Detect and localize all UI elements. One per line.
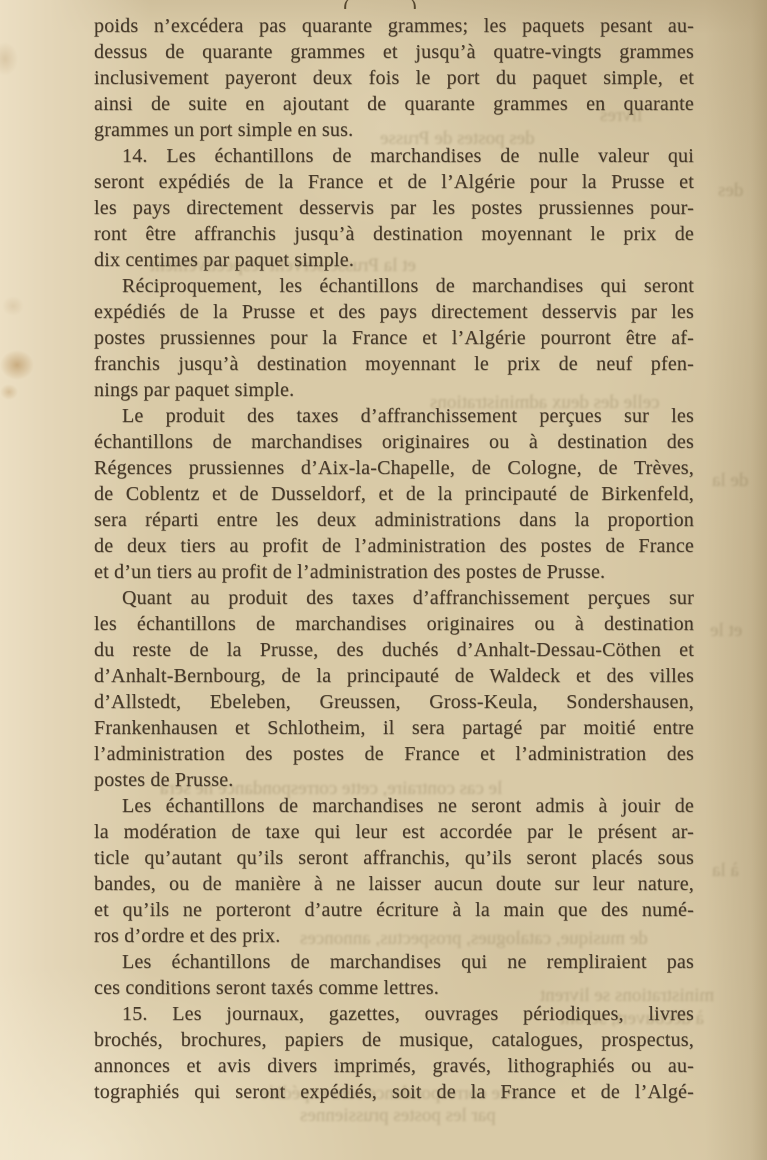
page-number-text: ( … )	[343, 0, 424, 9]
bleedthrough-fragment: des	[718, 180, 743, 202]
text-line: d’Anhalt-Bernbourg, de la principauté de…	[94, 663, 694, 689]
text-line: postes de Prusse.	[94, 767, 694, 793]
text-line: échantillons de marchandises originaires…	[94, 429, 694, 455]
text-line: et qu’ils ne porteront d’autre écriture …	[94, 897, 694, 923]
text-line: du reste de la Prusse, des duchés d’Anha…	[94, 637, 694, 663]
text-line: d’Allstedt, Ebeleben, Greussen, Gross-Ke…	[94, 689, 694, 715]
text-line: Quant au produit des taxes d’affranchiss…	[94, 585, 694, 611]
bleedthrough-fragment: à la	[712, 860, 739, 882]
text-line: les pays directement desservis par les p…	[94, 195, 694, 221]
text-line: Les échantillons de marchandises ne sero…	[94, 793, 694, 819]
text-line: la modération de taxe qui leur est accor…	[94, 819, 694, 845]
text-line: de deux tiers au profit de l’administrat…	[94, 533, 694, 559]
page-scan: ( … ) livresdes postes de Prusseet la Pr…	[0, 0, 767, 1160]
text-line: ticle qu’autant qu’ils seront affranchis…	[94, 845, 694, 871]
text-line: Le produit des taxes d’affranchissement …	[94, 403, 694, 429]
text-line: expédiés de la Prusse et des pays direct…	[94, 299, 694, 325]
text-line: ros d’ordre et des prix.	[94, 923, 694, 949]
text-line: et d’un tiers au profit de l’administrat…	[94, 559, 694, 585]
bleedthrough-fragment: et le	[710, 620, 742, 642]
text-line: Réciproquement, les échantillons de marc…	[94, 273, 694, 299]
text-line: tographiés qui seront expédiés, soit de …	[94, 1079, 694, 1105]
stain	[0, 350, 34, 380]
text-line: brochés, brochures, papiers de musique, …	[94, 1027, 694, 1053]
text-line: Frankenhausen et Schlotheim, il sera par…	[94, 715, 694, 741]
text-block: poids n’excédera pas quarante grammes; l…	[94, 13, 694, 1105]
stain	[2, 296, 24, 316]
text-line: ront être affranchis jusqu’à destination…	[94, 221, 694, 247]
text-line: grammes un port simple en sus.	[94, 117, 694, 143]
text-line: ainsi de suite en ajoutant de quarante g…	[94, 91, 694, 117]
text-line: poids n’excédera pas quarante grammes; l…	[94, 13, 694, 39]
text-line: dix centimes par paquet simple.	[94, 247, 694, 273]
text-line: de Coblentz et de Dusseldorf, et de la p…	[94, 481, 694, 507]
text-line: les échantillons de marchandises origina…	[94, 611, 694, 637]
text-line: nings par paquet simple.	[94, 377, 694, 403]
bleedthrough-fragment: de la	[712, 470, 748, 492]
text-line: Les échantillons de marchandises qui ne …	[94, 949, 694, 975]
text-line: inclusivement payeront deux fois le port…	[94, 65, 694, 91]
text-line: postes prussiennes pour la France et l’A…	[94, 325, 694, 351]
text-line: Régences prussiennes d’Aix-la-Chapelle, …	[94, 455, 694, 481]
page-number-fragment: ( … )	[0, 0, 767, 9]
text-line: franchis jusqu’à destination moyennant l…	[94, 351, 694, 377]
text-line: 14. Les échantillons de marchandises de …	[94, 143, 694, 169]
text-line: dessus de quarante grammes et jusqu’à qu…	[94, 39, 694, 65]
text-line: annonces et avis divers imprimés, gravés…	[94, 1053, 694, 1079]
text-line: 15. Les journaux, gazettes, ouvrages pér…	[94, 1001, 694, 1027]
text-line: l’administration des postes de France et…	[94, 741, 694, 767]
text-line: ces conditions seront taxés comme lettre…	[94, 975, 694, 1001]
stain	[0, 42, 18, 76]
text-line: bandes, ou de manière à ne laisser aucun…	[94, 871, 694, 897]
text-line: sera réparti entre les deux administrati…	[94, 507, 694, 533]
stain	[0, 384, 18, 400]
bleedthrough-fragment: par les postes prussiennes	[300, 1105, 496, 1127]
text-line: seront expédiés de la France et de l’Alg…	[94, 169, 694, 195]
